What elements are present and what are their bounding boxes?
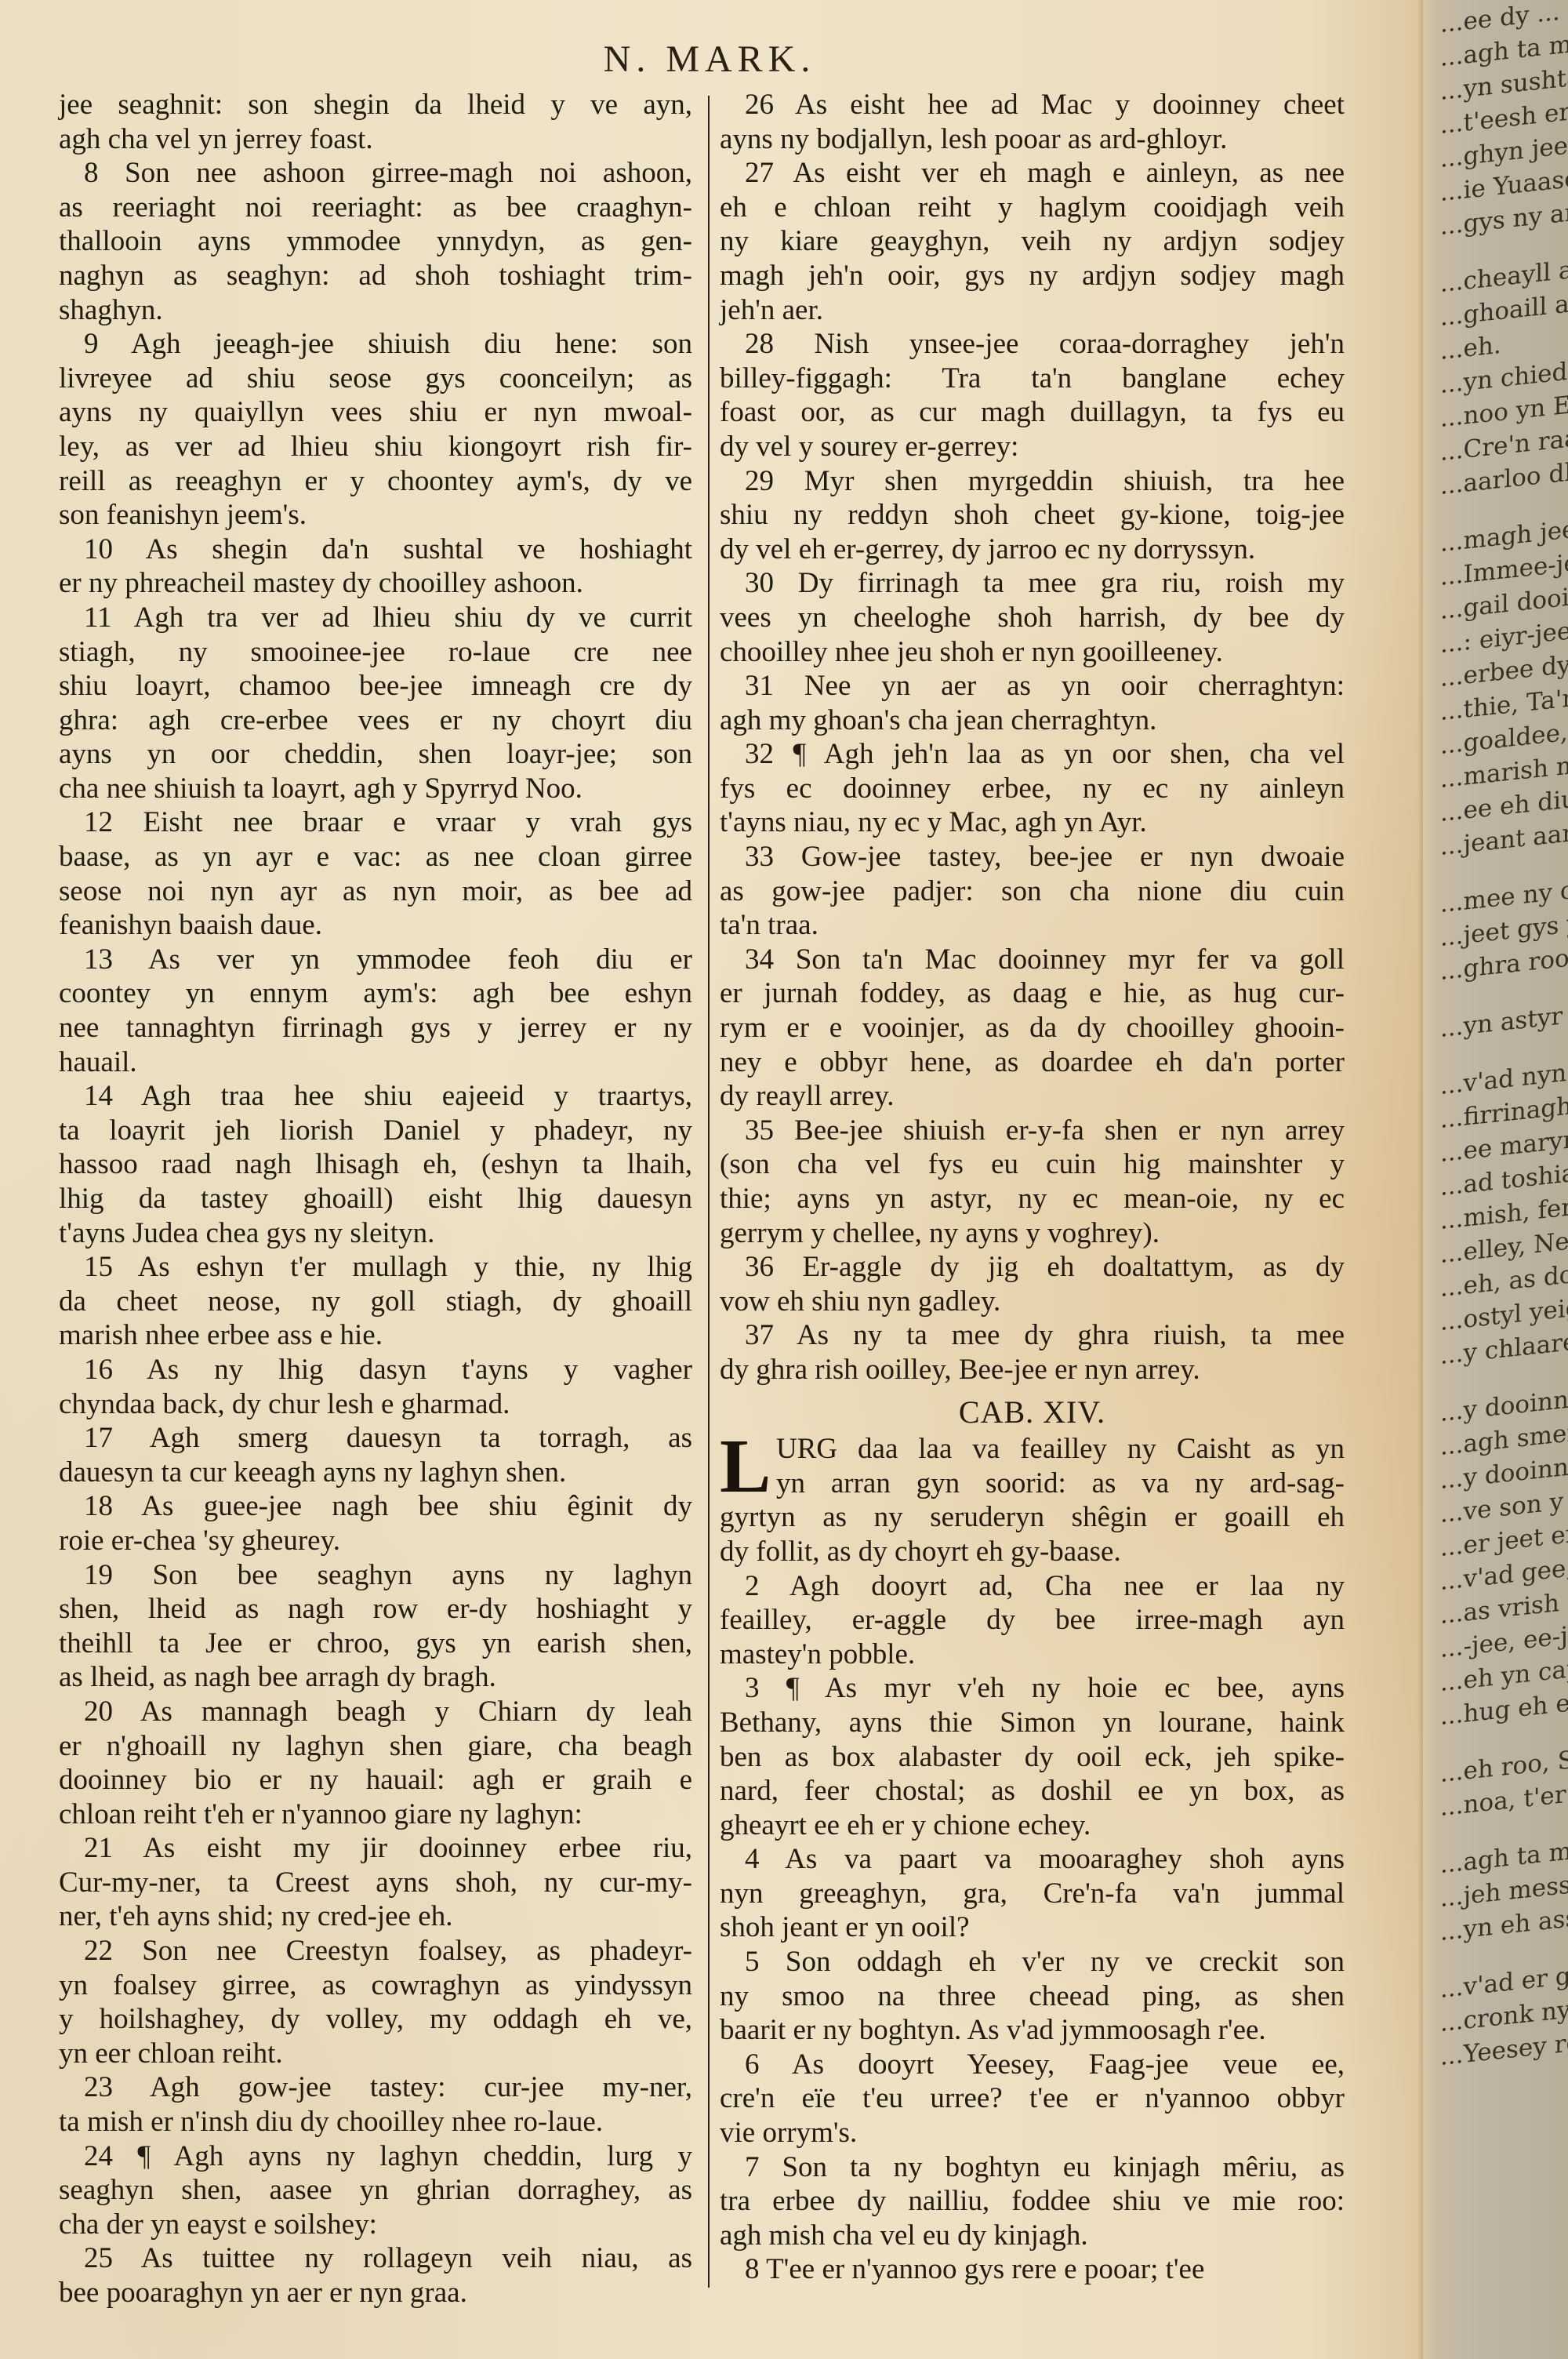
text-line: ny smoo na three cheead ping, as shen xyxy=(720,1979,1345,2014)
text-line: 4 As va paart va mooaraghey shoh ayns xyxy=(720,1842,1345,1877)
text-line: 22 Son nee Creestyn foalsey, as phadeyr- xyxy=(59,1934,692,1968)
text-line: shaghyn. xyxy=(59,293,692,328)
text-line: hassoo raad nagh lhisagh eh, (eshyn ta l… xyxy=(59,1147,692,1182)
text-line: ayns yn oor cheddin, shen loayr-jee; son xyxy=(59,737,692,772)
text-line: thie; ayns yn astyr, ny ec mean-oie, ny … xyxy=(720,1182,1345,1216)
text-line: seose noi nyn ayr as nyn moir, as bee ad xyxy=(59,874,692,909)
text-line: eh e chloan reiht y haglym cooidjagh vei… xyxy=(720,191,1345,225)
chapter-heading: CAB. XIV. xyxy=(720,1395,1345,1430)
book-page: N. MARK. jee seaghnit: son shegin da lhe… xyxy=(0,0,1423,2359)
text-line: 35 Bee-jee shiuish er-y-fa shen er nyn a… xyxy=(720,1114,1345,1148)
text-line: foast oor, as cur magh duillagyn, ta fys… xyxy=(720,395,1345,430)
text-line: feanishyn baaish daue. xyxy=(59,908,692,943)
text-line: marish nhee erbee ass e hie. xyxy=(59,1318,692,1353)
text-line: 31 Nee yn aer as yn ooir cherraghtyn: xyxy=(720,669,1345,703)
text-line: coontey yn ennym aym's: agh bee eshyn xyxy=(59,976,692,1011)
text-line: dauesyn ta cur keeagh ayns ny laghyn she… xyxy=(59,1456,692,1490)
text-line: 37 As ny ta mee dy ghra riuish, ta mee xyxy=(720,1318,1345,1353)
text-line: 32 ¶ Agh jeh'n laa as yn oor shen, cha v… xyxy=(720,737,1345,772)
text-line: 21 As eisht my jir dooinney erbee riu, xyxy=(59,1831,692,1866)
text-line: t'ayns Judea chea gys ny sleityn. xyxy=(59,1216,692,1251)
running-head: N. MARK. xyxy=(0,38,1419,81)
text-line: 34 Son ta'n Mac dooinney myr fer va goll xyxy=(720,943,1345,977)
text-line: son feanishyn jeem's. xyxy=(59,498,692,533)
text-line: as reeriaght noi reeriaght: as bee craag… xyxy=(59,191,692,225)
text-line: 17 Agh smerg dauesyn ta torragh, as xyxy=(59,1421,692,1456)
text-line: 2 Agh dooyrt ad, Cha nee er laa ny xyxy=(720,1569,1345,1604)
text-line: naghyn as seaghyn: ad shoh toshiaght tri… xyxy=(59,259,692,293)
text-line: dy reayll arrey. xyxy=(720,1079,1345,1114)
text-line: shoh jeant er yn ooil? xyxy=(720,1910,1345,1945)
text-line: yn eer chloan reiht. xyxy=(59,2037,692,2071)
text-line: dy follit, as dy choyrt eh gy-baase. xyxy=(720,1535,1345,1569)
text-line: theihll ta Jee er chroo, gys yn earish s… xyxy=(59,1627,692,1661)
text-line: 23 Agh gow-jee tastey: cur-jee my-ner, xyxy=(59,2070,692,2105)
text-line: thallooin ayns ymmodee ynnydyn, as gen- xyxy=(59,224,692,259)
text-line: 9 Agh jeeagh-jee shiuish diu hene: son xyxy=(59,327,692,362)
left-column: jee seaghnit: son shegin da lheid y ve a… xyxy=(59,88,692,2310)
text-line: ta'n traa. xyxy=(720,908,1345,943)
text-line: as gow-jee padjer: son cha nione diu cui… xyxy=(720,874,1345,909)
text-line: dy vel y sourey er-gerrey: xyxy=(720,430,1345,464)
text-line: stiagh, ny smooinee-jee ro-laue cre nee xyxy=(59,635,692,670)
text-line: cha der yn eayst e soilshey: xyxy=(59,2208,692,2242)
text-line: shiu ny reddyn shoh cheet gy-kione, toig… xyxy=(720,498,1345,533)
text-line: fys ec dooinney erbee, ny ec ny ainleyn xyxy=(720,772,1345,806)
text-line: gheayrt ee eh er y chione echey. xyxy=(720,1808,1345,1843)
text-line: chloan reiht t'eh er n'yannoo giare ny l… xyxy=(59,1797,692,1832)
text-line: 20 As mannagh beagh y Chiarn dy leah xyxy=(59,1695,692,1729)
text-line: tra erbee dy nailliu, foddee shiu ve mie… xyxy=(720,2184,1345,2219)
text-line: vees yn cheeloghe shoh harrish, dy bee d… xyxy=(720,601,1345,635)
text-line: dy vel eh er-gerrey, dy jarroo ec ny dor… xyxy=(720,533,1345,567)
text-line: jeh'n aer. xyxy=(720,293,1345,328)
text-line: 19 Son bee seaghyn ayns ny laghyn xyxy=(59,1558,692,1593)
text-line: feailley, er-aggle dy bee irree-magh ayn xyxy=(720,1603,1345,1637)
text-line: livreyee ad shiu seose gys coonceilyn; a… xyxy=(59,362,692,396)
facing-page: ...ee dy ......agh ta mee gra riu,...yn … xyxy=(1423,0,1568,2359)
text-line: baarit er ny boghtyn. As v'ad jymmoosagh… xyxy=(720,2013,1345,2048)
text-line: billey-figgagh: Tra ta'n banglane echey xyxy=(720,362,1345,396)
text-line: agh mish cha vel eu dy kinjagh. xyxy=(720,2219,1345,2253)
text-line: er ny phreacheil mastey dy chooilley ash… xyxy=(59,566,692,601)
text-line: ney e obbyr hene, as doardee eh da'n por… xyxy=(720,1045,1345,1080)
text-line: 27 As eisht ver eh magh e ainleyn, as ne… xyxy=(720,156,1345,191)
text-line: 8 T'ee er n'yannoo gys rere e pooar; t'e… xyxy=(720,2252,1345,2287)
text-line: agh cha vel yn jerrey foast. xyxy=(59,122,692,157)
text-line: er n'ghoaill ny laghyn shen giare, cha b… xyxy=(59,1729,692,1764)
text-line: 6 As dooyrt Yeesey, Faag-jee veue ee, xyxy=(720,2048,1345,2082)
text-line: mastey'n pobble. xyxy=(720,1637,1345,1672)
text-line: cre'n eïe t'eu urree? t'ee er n'yannoo o… xyxy=(720,2081,1345,2116)
text-line: t'ayns niau, ny ec y Mac, agh yn Ayr. xyxy=(720,805,1345,840)
text-line: 29 Myr shen myrgeddin shiuish, tra hee xyxy=(720,464,1345,499)
text-line: 36 Er-aggle dy jig eh doaltattym, as dy xyxy=(720,1250,1345,1285)
text-line: baase, as yn ayr e vac: as nee cloan gir… xyxy=(59,840,692,874)
text-line: ta mish er n'insh diu dy chooilley nhee … xyxy=(59,2105,692,2139)
text-line: cha nee shiuish ta loayrt, agh y Spyrryd… xyxy=(59,772,692,806)
text-line: jee seaghnit: son shegin da lheid y ve a… xyxy=(59,88,692,122)
right-column: 26 As eisht hee ad Mac y dooinney cheeta… xyxy=(720,88,1345,2287)
text-line: bee pooaraghyn yn aer er nyn graa. xyxy=(59,2276,692,2310)
text-line: chooilley nhee jeu shoh er nyn gooilleen… xyxy=(720,635,1345,670)
text-line: nyn greeaghyn, gra, Cre'n-fa va'n jummal xyxy=(720,1877,1345,1911)
text-line: gerrym y chellee, ny ayns y voghrey). xyxy=(720,1216,1345,1251)
text-line: nee tannaghtyn firrinagh gys y jerrey er… xyxy=(59,1011,692,1045)
drop-cap: L xyxy=(720,1435,771,1498)
text-line: 10 As shegin da'n sushtal ve hoshiaght xyxy=(59,533,692,567)
text-line: shiu loayrt, chamoo bee-jee imneagh cre … xyxy=(59,669,692,703)
text-line: ghra: agh cre-erbee vees er ny choyrt di… xyxy=(59,703,692,738)
text-line: Bethany, ayns thie Simon yn lourane, hai… xyxy=(720,1706,1345,1740)
text-line: agh my ghoan's cha jean cherraghtyn. xyxy=(720,703,1345,738)
text-line: (son cha vel fys eu cuin hig mainshter y xyxy=(720,1147,1345,1182)
text-line: 28 Nish ynsee-jee coraa-dorraghey jeh'n xyxy=(720,327,1345,362)
text-line: roie er-chea 'sy gheurey. xyxy=(59,1524,692,1558)
text-line: 7 Son ta ny boghtyn eu kinjagh mêriu, as xyxy=(720,2150,1345,2185)
text-line: vie orrym's. xyxy=(720,2116,1345,2150)
right-column-verses-ch14: gyrtyn as ny seruderyn shêgin er goaill … xyxy=(720,1500,1345,2287)
text-line: chyndaa back, dy chur lesh e gharmad. xyxy=(59,1387,692,1422)
text-line: ben as box alabaster dy ooil eck, jeh sp… xyxy=(720,1740,1345,1775)
text-line: ley, as ver ad lhieu shiu kiongoyrt rish… xyxy=(59,430,692,464)
text-line: ayns ny bodjallyn, lesh pooar as ard-ghl… xyxy=(720,122,1345,157)
text-line: 8 Son nee ashoon girree-magh noi ashoon, xyxy=(59,156,692,191)
text-line: rym er e vooinjer, as da dy chooilley gh… xyxy=(720,1011,1345,1045)
text-line: yn arran gyn soorid: as va ny ard-sag- xyxy=(720,1467,1345,1501)
text-line: 26 As eisht hee ad Mac y dooinney cheet xyxy=(720,88,1345,122)
chapter-opening: L URG daa laa va feailley ny Caisht as y… xyxy=(720,1432,1345,1500)
text-line: 33 Gow-jee tastey, bee-jee er nyn dwoaie xyxy=(720,840,1345,874)
text-line: ny kiare geayghyn, veih ny ardjyn sodjey xyxy=(720,224,1345,259)
text-line: y hoilshaghey, dy volley, my oddagh eh v… xyxy=(59,2002,692,2037)
right-column-verses-ch13: 26 As eisht hee ad Mac y dooinney cheeta… xyxy=(720,88,1345,1387)
text-line: magh jeh'n ooir, gys ny ardjyn sodjey ma… xyxy=(720,259,1345,293)
text-line: 13 As ver yn ymmodee feoh diu er xyxy=(59,943,692,977)
text-line: shen, lheid as nagh row er-dy hoshiaght … xyxy=(59,1592,692,1627)
text-line: 14 Agh traa hee shiu eajeeid y traartys, xyxy=(59,1079,692,1114)
text-line: dooinney bio er ny hauail: agh er graih … xyxy=(59,1763,692,1797)
text-line: 25 As tuittee ny rollageyn veih niau, as xyxy=(59,2241,692,2276)
text-line: reill as reeaghyn er y choontey aym's, d… xyxy=(59,464,692,499)
text-line: Cur-my-ner, ta Creest ayns shoh, ny cur-… xyxy=(59,1866,692,1900)
text-line: ta loayrit jeh liorish Daniel y phadeyr,… xyxy=(59,1114,692,1148)
text-line: 18 As guee-jee nagh bee shiu êginit dy xyxy=(59,1489,692,1524)
text-line: 30 Dy firrinagh ta mee gra riu, roish my xyxy=(720,566,1345,601)
text-line: lhig da tastey ghoaill) eisht lhig daues… xyxy=(59,1182,692,1216)
text-line: URG daa laa va feailley ny Caisht as yn xyxy=(720,1432,1345,1467)
text-line: hauail. xyxy=(59,1045,692,1080)
text-line: 16 As ny lhig dasyn t'ayns y vagher xyxy=(59,1353,692,1387)
text-line: seaghyn shen, aasee yn ghrian dorraghey,… xyxy=(59,2173,692,2208)
text-line: 12 Eisht nee braar e vraar y vrah gys xyxy=(59,805,692,840)
text-line: 15 As eshyn t'er mullagh y thie, ny lhig xyxy=(59,1250,692,1285)
text-line: 24 ¶ Agh ayns ny laghyn cheddin, lurg y xyxy=(59,2139,692,2174)
column-divider xyxy=(708,96,710,2288)
text-line: dy ghra rish ooilley, Bee-jee er nyn arr… xyxy=(720,1353,1345,1387)
text-line: yn foalsey girree, as cowraghyn as yindy… xyxy=(59,1968,692,2003)
text-line: 3 ¶ As myr v'eh ny hoie ec bee, ayns xyxy=(720,1671,1345,1706)
text-line: 5 Son oddagh eh v'er ny ve creckit son xyxy=(720,1945,1345,1979)
text-line: gyrtyn as ny seruderyn shêgin er goaill … xyxy=(720,1500,1345,1535)
text-line: ner, t'eh ayns shid; ny cred-jee eh. xyxy=(59,1899,692,1934)
text-line: 11 Agh tra ver ad lhieu shiu dy ve curri… xyxy=(59,601,692,635)
text-line: vow eh shiu nyn gadley. xyxy=(720,1285,1345,1319)
text-line: as lheid, as nagh bee arragh dy bragh. xyxy=(59,1660,692,1695)
text-line: er jurnah foddey, as daag e hie, as hug … xyxy=(720,976,1345,1011)
text-line: ayns ny quaiyllyn vees shiu er nyn mwoal… xyxy=(59,395,692,430)
facing-page-text: ...ee dy ......agh ta mee gra riu,...yn … xyxy=(1440,0,1568,2074)
text-line: da cheet neose, ny goll stiagh, dy ghoai… xyxy=(59,1285,692,1319)
text-line: nard, feer chostal; as doshil ee yn box,… xyxy=(720,1774,1345,1808)
